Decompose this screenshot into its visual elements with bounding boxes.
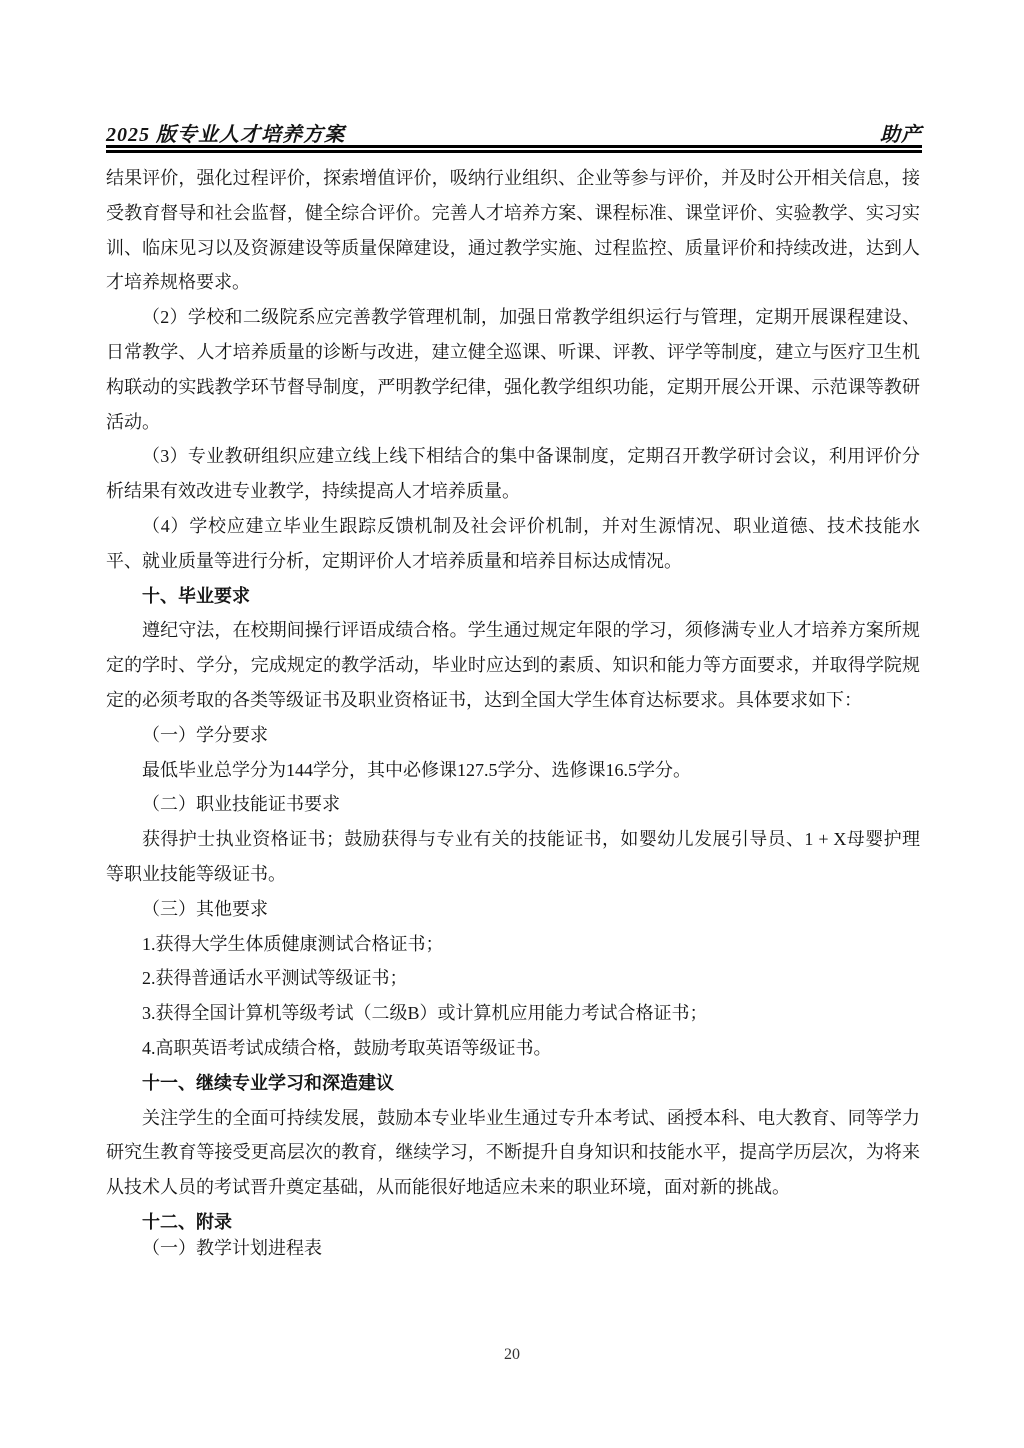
paragraph: 3.获得全国计算机等级考试（二级B）或计算机应用能力考试合格证书； (106, 996, 920, 1031)
paragraph: 最低毕业总学分为144学分，其中必修课127.5学分、选修课16.5学分。 (106, 753, 920, 788)
header-document-title: 2025 版专业人才培养方案 (106, 118, 345, 147)
paragraph: 遵纪守法，在校期间操行评语成绩合格。学生通过规定年限的学习，须修满专业人才培养方… (106, 613, 920, 717)
page-footer: 20 (0, 1346, 1024, 1364)
header-major-label: 助产 (880, 118, 922, 147)
paragraph: （2）学校和二级院系应完善教学管理机制，加强日常教学组织运行与管理，定期开展课程… (106, 300, 920, 439)
header-double-rule (106, 145, 922, 153)
document-page: 2025 版专业人才培养方案 助产 结果评价，强化过程评价，探索增值评价，吸纳行… (0, 0, 1024, 1448)
page-number: 20 (504, 1346, 520, 1363)
paragraph: 4.高职英语考试成绩合格，鼓励考取英语等级证书。 (106, 1031, 920, 1066)
paragraph: 2.获得普通话水平测试等级证书； (106, 961, 920, 996)
paragraph: 结果评价，强化过程评价，探索增值评价，吸纳行业组织、企业等参与评价，并及时公开相… (106, 161, 920, 300)
paragraph: （4）学校应建立毕业生跟踪反馈机制及社会评价机制，并对生源情况、职业道德、技术技… (106, 509, 920, 579)
paragraph: （三）其他要求 (106, 892, 920, 927)
document-body: 结果评价，强化过程评价，探索增值评价，吸纳行业组织、企业等参与评价，并及时公开相… (106, 161, 920, 1266)
paragraph: （一）学分要求 (106, 718, 920, 753)
section-heading: 十、毕业要求 (106, 579, 920, 614)
paragraph: 关注学生的全面可持续发展，鼓励本专业毕业生通过专升本考试、函授本科、电大教育、同… (106, 1101, 920, 1205)
paragraph: （一）教学计划进程表 (106, 1231, 920, 1266)
paragraph: （二）职业技能证书要求 (106, 787, 920, 822)
section-heading: 十一、继续专业学习和深造建议 (106, 1066, 920, 1101)
paragraph: （3）专业教研组织应建立线上线下相结合的集中备课制度，定期召开教学研讨会议，利用… (106, 439, 920, 509)
paragraph: 获得护士执业资格证书；鼓励获得与专业有关的技能证书，如婴幼儿发展引导员、1 + … (106, 822, 920, 892)
page-header: 2025 版专业人才培养方案 助产 (106, 118, 922, 147)
paragraph: 1.获得大学生体质健康测试合格证书； (106, 927, 920, 962)
